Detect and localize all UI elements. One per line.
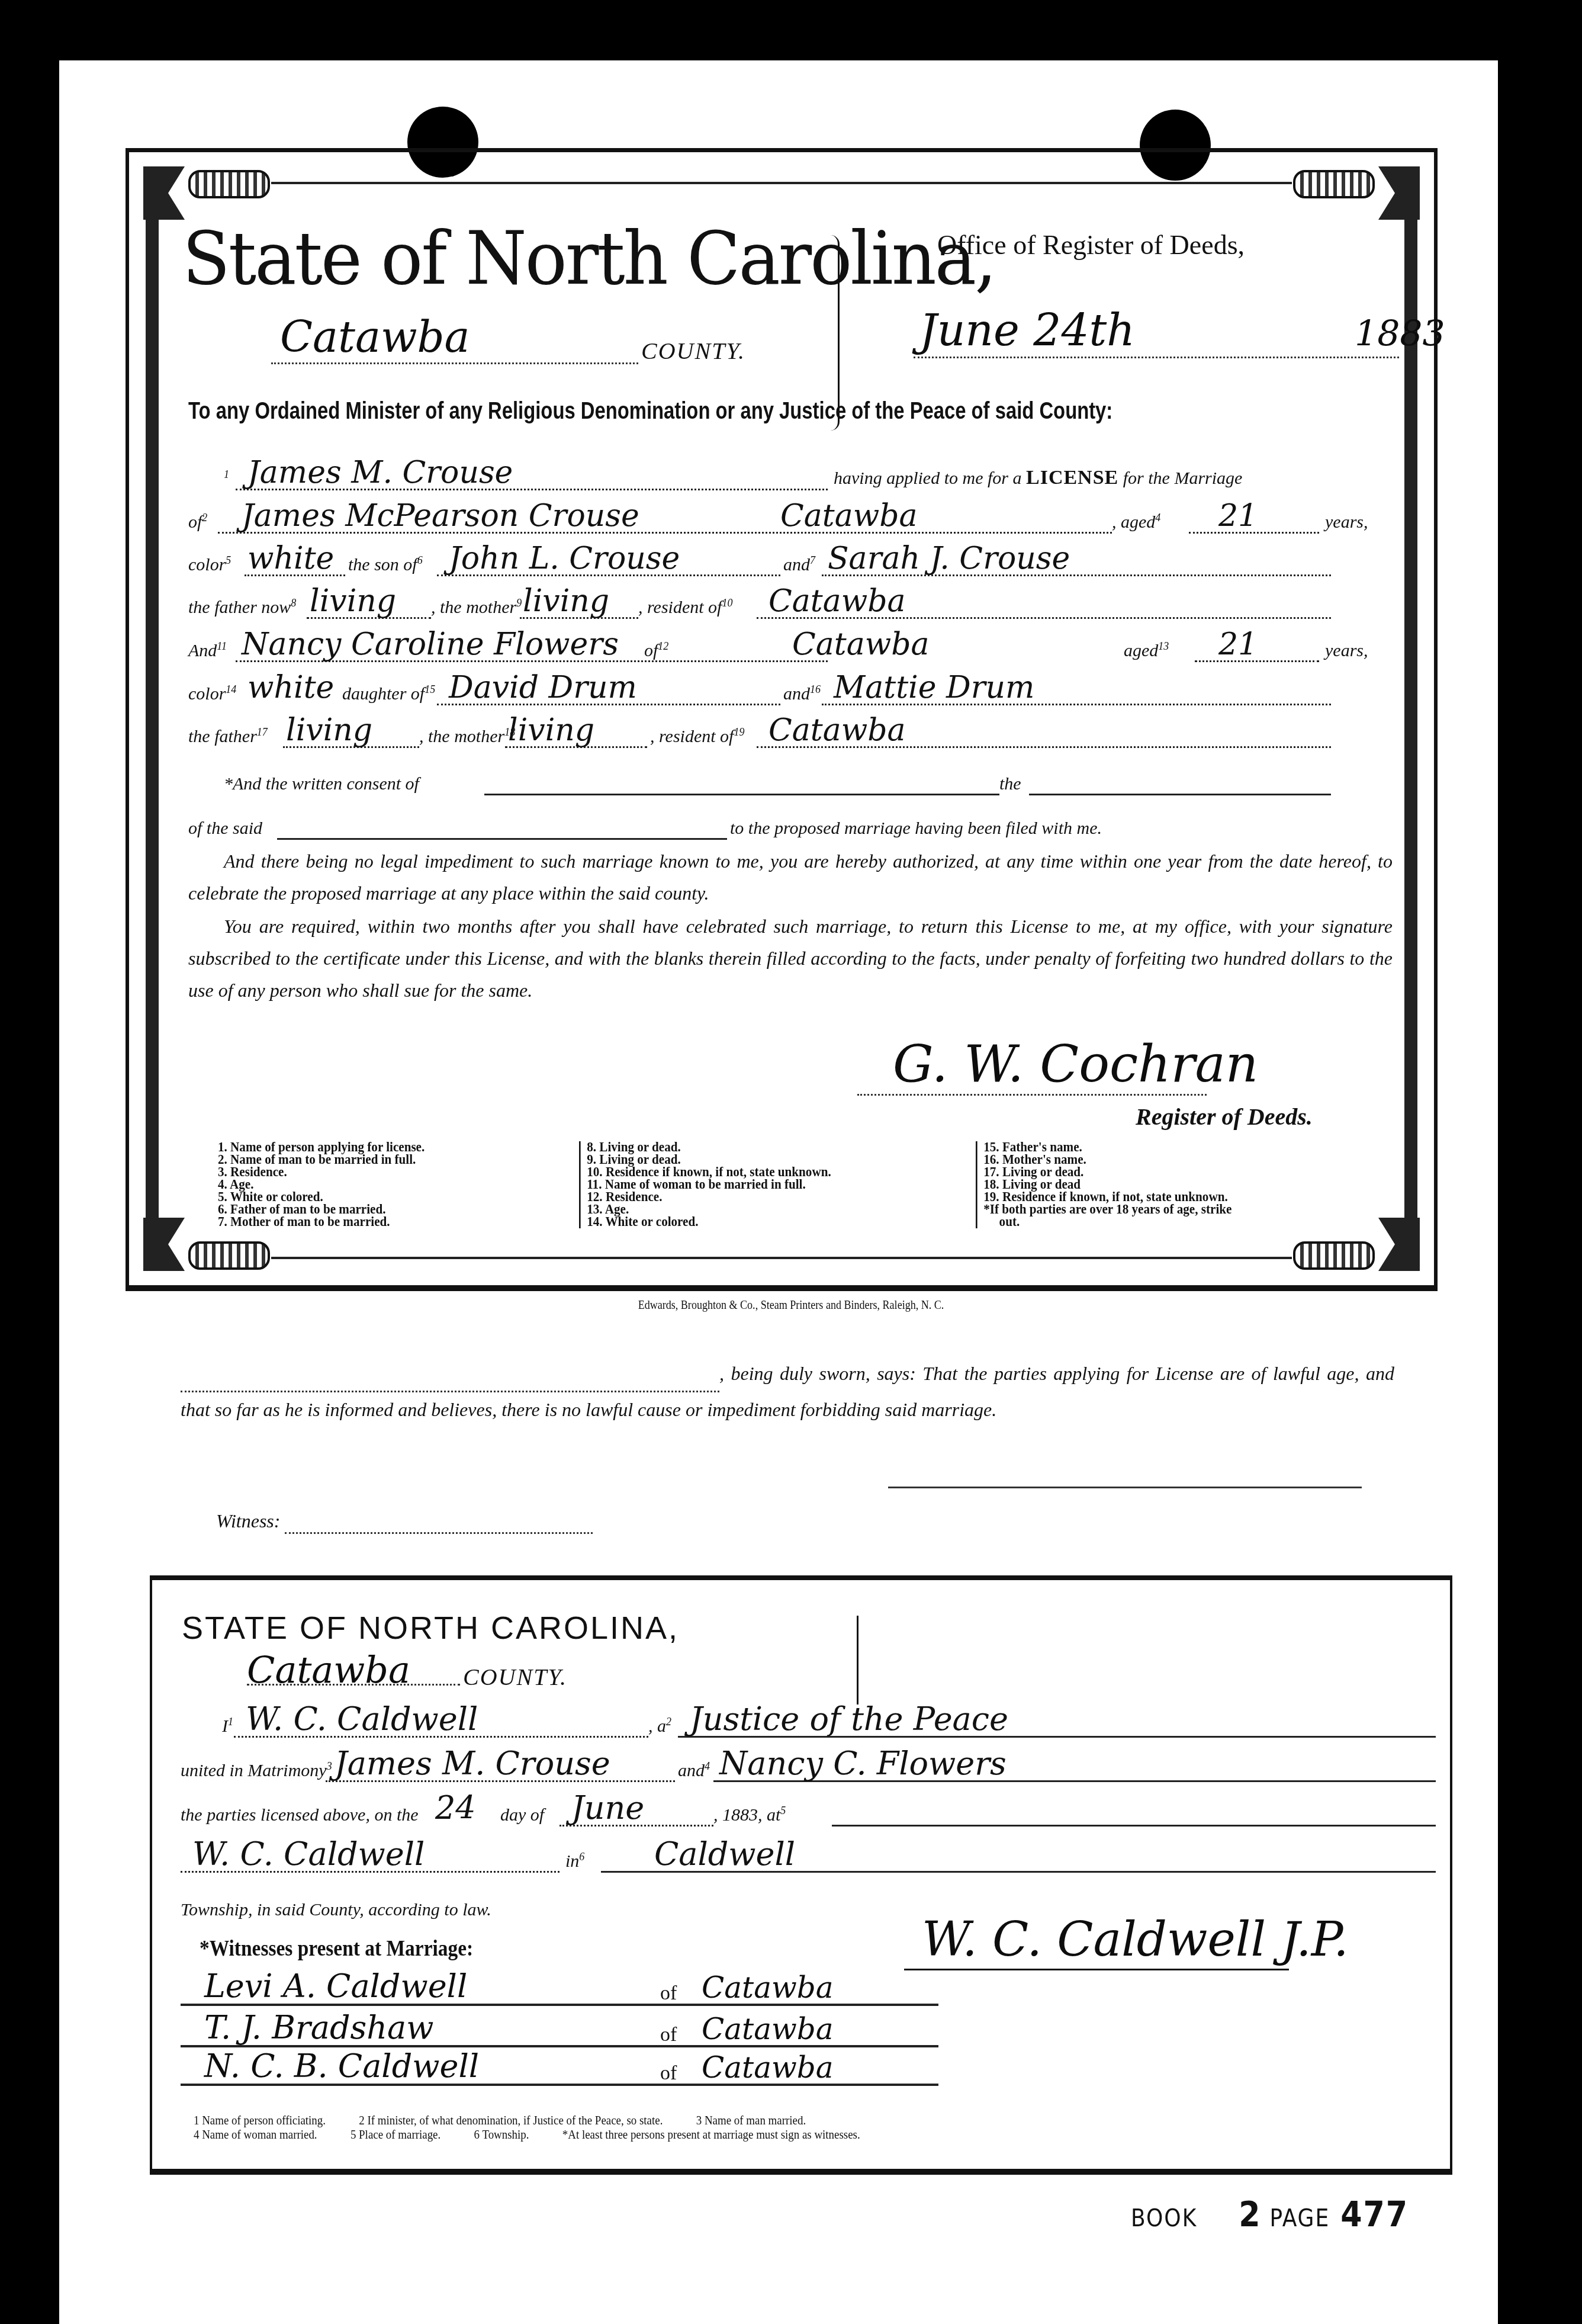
scroll-ornament-icon xyxy=(1293,170,1375,198)
groom-parents-residence[interactable]: Catawba xyxy=(769,583,906,619)
license-date[interactable]: June 24th xyxy=(919,305,1135,356)
divider xyxy=(271,1257,1292,1259)
bride-father-status[interactable]: living xyxy=(286,712,372,748)
bride-parents-residence[interactable]: Catawba xyxy=(769,712,906,748)
officiant-row: I1 W. C. Caldwell , a2 Justice of the Pe… xyxy=(181,1699,1426,1740)
marriage-township[interactable]: Caldwell xyxy=(654,1835,795,1873)
united-row: united in Matrimony3 James M. Crouse and… xyxy=(181,1743,1426,1784)
scroll-ornament-icon xyxy=(1293,1241,1375,1270)
affiant-signature-line[interactable] xyxy=(888,1487,1362,1488)
man-married[interactable]: James M. Crouse xyxy=(335,1745,610,1782)
bride-age[interactable]: 21 xyxy=(1218,627,1258,662)
consent-blank[interactable] xyxy=(1029,792,1331,795)
groom-row: of2 James McPearson Crouse Catawba , age… xyxy=(188,495,1398,536)
authorization-paragraph: And there being no legal impediment to s… xyxy=(188,845,1393,909)
consent-blank[interactable] xyxy=(484,792,999,795)
return-instructions-paragraph: You are required, within two months afte… xyxy=(188,910,1393,1006)
groom-parents-row: color5 white the son of6 John L. Crouse … xyxy=(188,537,1398,579)
witness-name[interactable]: Levi A. Caldwell xyxy=(204,1967,467,2005)
page-number: 477 xyxy=(1340,2194,1409,2235)
register-title: Register of Deeds. xyxy=(1136,1103,1313,1131)
county-label: COUNTY. xyxy=(463,1663,567,1691)
license-state-heading: State of North Carolina, xyxy=(182,216,995,301)
marriage-day[interactable]: 24 xyxy=(435,1789,476,1827)
marriage-certificate: STATE OF NORTH CAROLINA, Catawba COUNTY.… xyxy=(150,1575,1452,2175)
printer-imprint: Edwards, Broughton & Co., Steam Printers… xyxy=(142,1297,1439,1312)
footnotes-col-1: 1. Name of person applying for license. … xyxy=(218,1141,425,1228)
place-row: W. C. Caldwell in6 Caldwell xyxy=(181,1834,1426,1875)
groom-mother[interactable]: Sarah J. Crouse xyxy=(828,541,1070,576)
witness-row: Levi A. Caldwell of Catawba xyxy=(181,1968,938,2007)
witness-name[interactable]: T. J. Bradshaw xyxy=(204,2009,433,2046)
date-field-line xyxy=(914,357,1399,358)
county-value[interactable]: Catawba xyxy=(280,312,470,362)
bride-father[interactable]: David Drum xyxy=(449,670,637,705)
groom-status-row: the father now8 living , the mother9 liv… xyxy=(188,580,1398,621)
book-page-stamp: BOOK2PAGE477 xyxy=(1131,2194,1409,2235)
bride-name[interactable]: Nancy Caroline Flowers xyxy=(242,627,619,662)
groom-father-status[interactable]: living xyxy=(310,583,396,619)
page-label: PAGE xyxy=(1270,2205,1330,2232)
officiant-signature-line xyxy=(904,1969,1289,1970)
affidavit-text: , being duly sworn, says: That the parti… xyxy=(181,1356,1394,1427)
woman-married[interactable]: Nancy C. Flowers xyxy=(719,1745,1007,1782)
county-label: COUNTY. xyxy=(641,337,745,365)
groom-age[interactable]: 21 xyxy=(1218,498,1258,534)
bride-mother[interactable]: Mattie Drum xyxy=(834,670,1034,705)
applicant-name[interactable]: James M. Crouse xyxy=(247,455,513,490)
witness-name[interactable]: N. C. B. Caldwell xyxy=(204,2047,479,2085)
date-row: the parties licensed above, on the 24 da… xyxy=(181,1787,1426,1829)
witness-row: T. J. Bradshaw of Catawba xyxy=(181,2010,938,2049)
officiant-signature[interactable]: W. C. Caldwell J.P. xyxy=(922,1912,1349,1967)
witnesses-heading: *Witnesses present at Marriage: xyxy=(200,1935,473,1962)
marriage-month[interactable]: June xyxy=(571,1789,644,1827)
bride-residence[interactable]: Catawba xyxy=(792,627,930,662)
consent-blank[interactable] xyxy=(277,837,727,840)
brace xyxy=(851,1616,858,1705)
applicant-row: 1 James M. Crouse having applied to me f… xyxy=(188,451,1398,493)
marriage-license: State of North Carolina, Office of Regis… xyxy=(126,148,1438,1291)
groom-residence[interactable]: Catawba xyxy=(780,498,918,534)
signature-line xyxy=(857,1094,1207,1096)
certificate-title: STATE OF NORTH CAROLINA, xyxy=(182,1610,679,1646)
scroll-ornament-icon xyxy=(188,170,270,198)
bride-mother-status[interactable]: living xyxy=(508,712,594,748)
consent-row: *And the written consent of the xyxy=(188,756,1398,798)
witness-residence[interactable]: Catawba xyxy=(702,1970,834,2005)
scroll-ornament-icon xyxy=(188,1241,270,1270)
witness-field: Witness: xyxy=(216,1510,593,1534)
witness-residence[interactable]: Catawba xyxy=(702,2012,834,2046)
bride-status-row: the father17 living , the mother18 livin… xyxy=(188,709,1398,750)
divider xyxy=(271,182,1292,184)
witness-blank[interactable] xyxy=(285,1510,593,1534)
county-field-line xyxy=(271,362,638,364)
license-year[interactable]: 1883 xyxy=(1355,313,1445,355)
groom-mother-status[interactable]: living xyxy=(523,583,609,619)
book-label: BOOK xyxy=(1131,2205,1197,2232)
bride-row: And11 Nancy Caroline Flowers of12 Catawb… xyxy=(188,623,1398,665)
certificate-county[interactable]: Catawba xyxy=(247,1648,410,1691)
certificate-footnotes: 1 Name of person officiating. 2 If minis… xyxy=(194,2113,890,2142)
book-number: 2 xyxy=(1239,2194,1261,2235)
officiant-name[interactable]: W. C. Caldwell xyxy=(246,1700,478,1738)
groom-color[interactable]: white xyxy=(247,541,334,576)
bride-parents-row: color14 white daughter of15 David Drum a… xyxy=(188,666,1398,708)
register-signature[interactable]: G. W. Cochran xyxy=(893,1035,1258,1094)
office-heading: Office of Register of Deeds, xyxy=(937,229,1245,261)
marriage-place[interactable]: W. C. Caldwell xyxy=(192,1835,425,1873)
officiant-role[interactable]: Justice of the Peace xyxy=(690,1700,1008,1738)
address-line: To any Ordained Minister of any Religiou… xyxy=(188,398,1181,425)
footnotes-col-3: 15. Father's name. 16. Mother's name. 17… xyxy=(976,1141,1231,1228)
groom-name[interactable]: James McPearson Crouse xyxy=(242,498,639,534)
bride-color[interactable]: white xyxy=(247,670,334,705)
consent-row-2: of the said to the proposed marriage hav… xyxy=(188,801,1398,842)
witness-row: N. C. B. Caldwell of Catawba xyxy=(181,2048,938,2087)
affiant-blank[interactable] xyxy=(181,1356,719,1392)
groom-father[interactable]: John L. Crouse xyxy=(449,541,680,576)
footnotes-col-2: 8. Living or dead. 9. Living or dead. 10… xyxy=(579,1141,831,1228)
witness-residence[interactable]: Catawba xyxy=(702,2050,834,2085)
township-text: Township, in said County, according to l… xyxy=(181,1900,491,1920)
